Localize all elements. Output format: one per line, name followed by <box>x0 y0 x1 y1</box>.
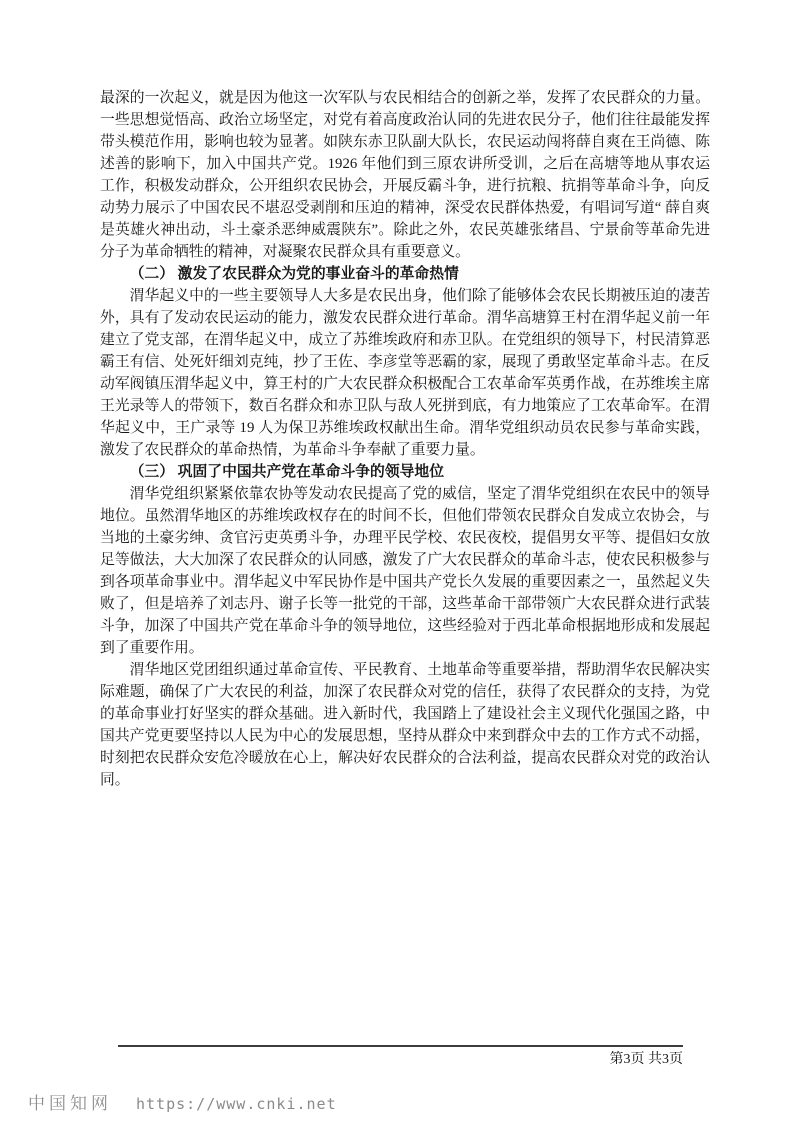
cnki-brand-text: 中国知网 <box>28 1094 112 1113</box>
cnki-watermark: 中国知网 https://www.cnki.net <box>28 1089 337 1114</box>
paragraph: 渭华地区党团组织通过革命宣传、平民教育、土地革命等重要举措，帮助渭华农民解决实际… <box>100 659 710 791</box>
document-page: 最深的一次起义，就是因为他这一次军队与农民相结合的创新之举，发挥了农民群众的力量… <box>0 0 800 1131</box>
section-heading-3: （三） 巩固了中国共产党在革命斗争的领导地位 <box>100 461 710 483</box>
page-number-indicator: 第3页 共3页 <box>118 1050 683 1070</box>
paragraph-continuation: 最深的一次起义，就是因为他这一次军队与农民相结合的创新之举，发挥了农民群众的力量… <box>100 87 710 263</box>
paragraph: 渭华党组织紧紧依靠农协等发动农民提高了党的威信，坚定了渭华党组织在农民中的领导地… <box>100 483 710 659</box>
paragraph: 渭华起义中的一些主要领导人大多是农民出身，他们除了能够体会农民长期被压迫的凄苦外… <box>100 285 710 461</box>
cnki-url-text: https://www.cnki.net <box>136 1095 337 1113</box>
document-body: 最深的一次起义，就是因为他这一次军队与农民相结合的创新之举，发挥了农民群众的力量… <box>100 87 710 791</box>
section-heading-2: （二） 激发了农民群众为党的事业奋斗的革命热情 <box>100 263 710 285</box>
footer-divider <box>118 1045 683 1047</box>
